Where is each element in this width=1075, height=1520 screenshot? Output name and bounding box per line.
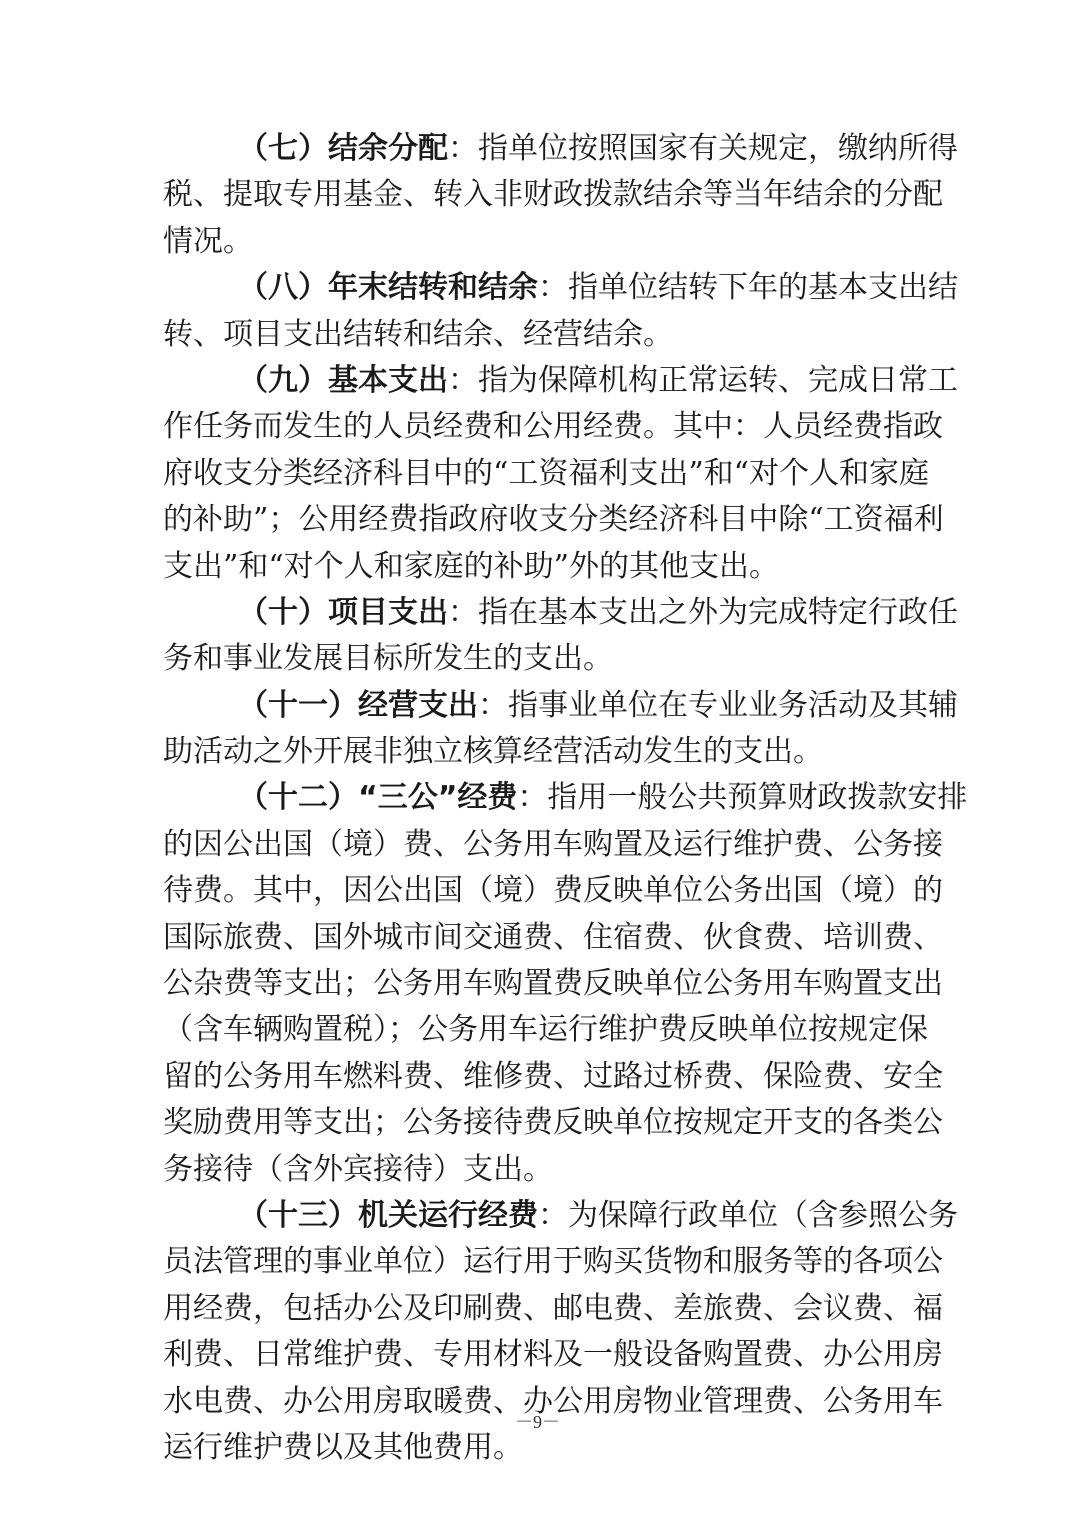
paragraph-line: 员法管理的事业单位）运行用于购买货物和服务等的各项公 xyxy=(163,1239,915,1285)
section-12: （十二）“三公”经费：指用一般公共预算财政拨款安排 的因公出国（境）费、公务用车… xyxy=(163,775,915,1193)
term-heading: （十一）经营支出 xyxy=(238,688,478,723)
term-heading: （九）基本支出 xyxy=(238,363,448,398)
paragraph-line: 用经费，包括办公及印刷费、邮电费、差旅费、会议费、福 xyxy=(163,1286,915,1332)
paragraph-line: 留的公务用车燃料费、维修费、过路过桥费、保险费、安全 xyxy=(163,1054,915,1100)
paragraph-line: （十一）经营支出：指事业单位在专业业务活动及其辅 xyxy=(163,683,915,729)
paragraph-line: 奖励费用等支出；公务接待费反映单位按规定开支的各类公 xyxy=(163,1100,915,1146)
section-10: （十）项目支出：指在基本支出之外为完成特定行政任 务和事业发展目标所发生的支出。 xyxy=(163,590,915,683)
paragraph-line: （含车辆购置税）；公务用车运行维护费反映单位按规定保 xyxy=(163,1007,915,1053)
paragraph-line: （十二）“三公”经费：指用一般公共预算财政拨款安排 xyxy=(163,775,915,821)
paragraph-line: 的因公出国（境）费、公务用车购置及运行维护费、公务接 xyxy=(163,822,915,868)
paragraph-line: 支出”和“对个人和家庭的补助”外的其他支出。 xyxy=(163,544,915,590)
paragraph-line: 国际旅费、国外城市间交通费、住宿费、伙食费、培训费、 xyxy=(163,915,915,961)
paragraph-line: 作任务而发生的人员经费和公用经费。其中：人员经费指政 xyxy=(163,404,915,450)
paragraph-line: （八）年末结转和结余：指单位结转下年的基本支出结 xyxy=(163,265,915,311)
section-8: （八）年末结转和结余：指单位结转下年的基本支出结 转、项目支出结转和结余、经营结… xyxy=(163,265,915,358)
term-heading: （十三）机关运行经费 xyxy=(238,1198,538,1233)
term-heading: （七）结余分配 xyxy=(238,131,448,166)
paragraph-line: 情况。 xyxy=(163,219,915,265)
paragraph-line: 税、提取专用基金、转入非财政拨款结余等当年结余的分配 xyxy=(163,172,915,218)
section-11: （十一）经营支出：指事业单位在专业业务活动及其辅 助活动之外开展非独立核算经营活… xyxy=(163,683,915,776)
paragraph-line: 务和事业发展目标所发生的支出。 xyxy=(163,636,915,682)
paragraph-line: 府收支分类经济科目中的“工资福利支出”和“对个人和家庭 xyxy=(163,451,915,497)
paragraph-line: 务接待（含外宾接待）支出。 xyxy=(163,1147,915,1193)
term-heading: （八）年末结转和结余 xyxy=(238,270,538,305)
page-number: －9－ xyxy=(0,1408,1075,1434)
document-page: （七）结余分配：指单位按照国家有关规定，缴纳所得 税、提取专用基金、转入非财政拨… xyxy=(163,126,915,1471)
paragraph-line: 的补助”；公用经费指政府收支分类经济科目中除“工资福利 xyxy=(163,497,915,543)
term-heading: （十二）“三公”经费 xyxy=(238,780,517,815)
section-9: （九）基本支出：指为保障机构正常运转、完成日常工 作任务而发生的人员经费和公用经… xyxy=(163,358,915,590)
paragraph-line: 公杂费等支出；公务用车购置费反映单位公务用车购置支出 xyxy=(163,961,915,1007)
term-heading: （十）项目支出 xyxy=(238,595,448,630)
paragraph-line: （十）项目支出：指在基本支出之外为完成特定行政任 xyxy=(163,590,915,636)
paragraph-line: （九）基本支出：指为保障机构正常运转、完成日常工 xyxy=(163,358,915,404)
section-7: （七）结余分配：指单位按照国家有关规定，缴纳所得 税、提取专用基金、转入非财政拨… xyxy=(163,126,915,265)
paragraph-line: 助活动之外开展非独立核算经营活动发生的支出。 xyxy=(163,729,915,775)
paragraph-line: 转、项目支出结转和结余、经营结余。 xyxy=(163,312,915,358)
paragraph-line: （七）结余分配：指单位按照国家有关规定，缴纳所得 xyxy=(163,126,915,172)
paragraph-line: 待费。其中，因公出国（境）费反映单位公务出国（境）的 xyxy=(163,868,915,914)
paragraph-line: 利费、日常维护费、专用材料及一般设备购置费、办公用房 xyxy=(163,1332,915,1378)
paragraph-line: （十三）机关运行经费：为保障行政单位（含参照公务 xyxy=(163,1193,915,1239)
